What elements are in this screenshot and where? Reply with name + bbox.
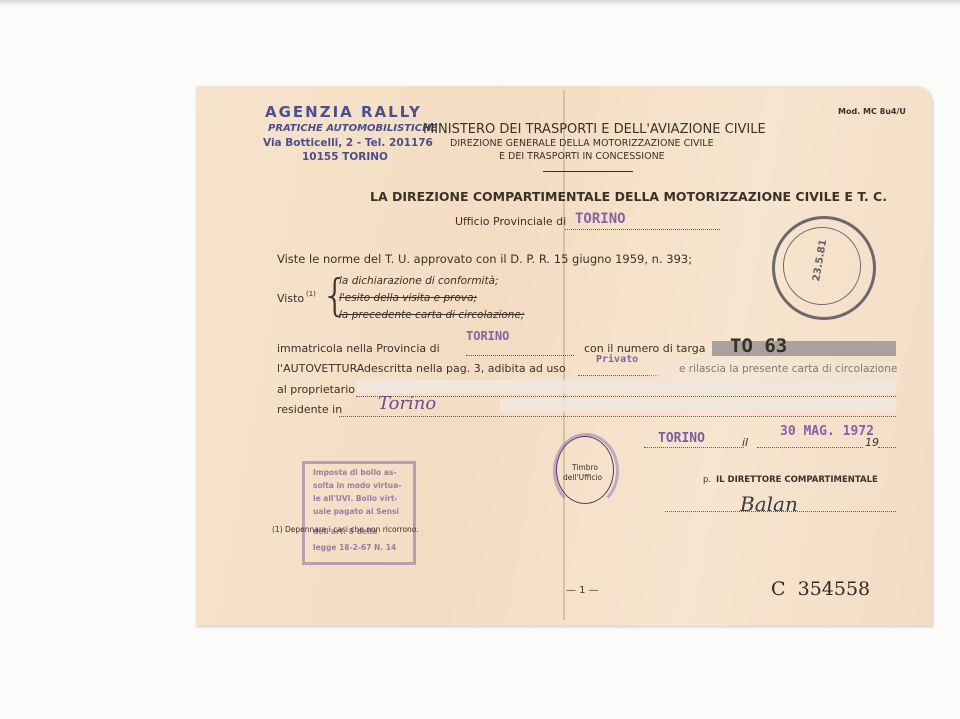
- use-value: Privato: [596, 354, 638, 365]
- visto-footnote-ref: (1): [306, 290, 316, 298]
- signature: Balan: [740, 492, 798, 516]
- header-rule: [543, 171, 633, 172]
- issue-place: TORINO: [658, 431, 705, 446]
- agency-name: AGENZIA RALLY: [265, 103, 422, 121]
- direction-line-1: DIREZIONE GENERALE DELLA MOTORIZZAZIONE …: [450, 138, 714, 149]
- immatricola-label: immatricola nella Provincia di: [277, 342, 440, 355]
- tax-stamp-box: Imposta di bollo as- solta in modo virtu…: [302, 461, 416, 565]
- issue-il-label: il: [742, 436, 748, 449]
- visto-item-inspection: l'esito della visita e prova;: [339, 292, 477, 304]
- residence-value: Torino: [378, 393, 436, 414]
- redacted-area: [650, 360, 900, 378]
- direction-line-2: E DEI TRASPORTI IN CONCESSIONE: [499, 151, 665, 162]
- owner-label: al proprietario: [277, 383, 355, 396]
- scan-edge: [0, 0, 960, 6]
- document-title: LA DIREZIONE COMPARTIMENTALE DELLA MOTOR…: [370, 189, 887, 204]
- office-value: TORINO: [575, 211, 626, 227]
- tax-stamp-line-4: uale pagato ai Sensi: [313, 507, 399, 516]
- tax-stamp-line-3: le all'UVI. Bollo virt-: [313, 494, 398, 503]
- signature-title: IL DIRETTORE COMPARTIMENTALE: [716, 475, 878, 485]
- office-stamp-circle: Timbro dell'Ufficio: [556, 436, 614, 504]
- agency-city: 10155 TORINO: [302, 151, 388, 163]
- ministry-title: MINISTERO DEI TRASPORTI E DELL'AVIAZIONE…: [423, 122, 766, 137]
- tax-stamp-line-2: solta in modo virtua-: [313, 481, 401, 490]
- owner-redaction: [356, 380, 896, 394]
- signature-prefix: p.: [703, 475, 711, 485]
- model-code: Mod. MC 8u4/U: [838, 107, 906, 116]
- office-stamp-line-2: dell'Ufficio: [563, 473, 602, 482]
- described-label: descritta nella pag. 3, adibita ad uso: [364, 362, 566, 375]
- footnote: (1) Depennare i casi che non ricorrono.: [272, 525, 419, 534]
- residence-label: residente in: [277, 403, 342, 416]
- plate-number: TO 63: [730, 335, 787, 357]
- province-value: TORINO: [466, 329, 509, 343]
- agency-address: Via Botticelli, 2 - Tel. 201176: [263, 137, 433, 149]
- norms-text: Viste le norme del T. U. approvato con i…: [277, 252, 692, 266]
- residence-redaction: [500, 398, 896, 412]
- round-postmark-stamp: 23.5.81: [772, 216, 876, 320]
- visto-item-previous-card: la precedente carta di circolazione;: [339, 309, 524, 321]
- issue-year-prefix: 19: [865, 436, 879, 449]
- page-number: — 1 —: [566, 585, 599, 596]
- issue-date: 30 MAG. 1972: [780, 424, 874, 439]
- office-label: Ufficio Provinciale di: [455, 215, 566, 228]
- visto-item-conformity: la dichiarazione di conformità;: [339, 275, 499, 287]
- visto-label: Visto: [277, 292, 304, 305]
- vehicle-type: l'AUTOVETTURA: [277, 362, 364, 375]
- agency-subtitle: PRATICHE AUTOMOBILISTICHE: [268, 123, 437, 134]
- serial-number: C 354558: [771, 578, 870, 600]
- office-stamp-line-1: Timbro: [572, 463, 598, 472]
- tax-stamp-line-6: legge 18-2-67 N. 14: [313, 543, 396, 552]
- tax-stamp-line-1: Imposta di bollo as-: [313, 468, 396, 477]
